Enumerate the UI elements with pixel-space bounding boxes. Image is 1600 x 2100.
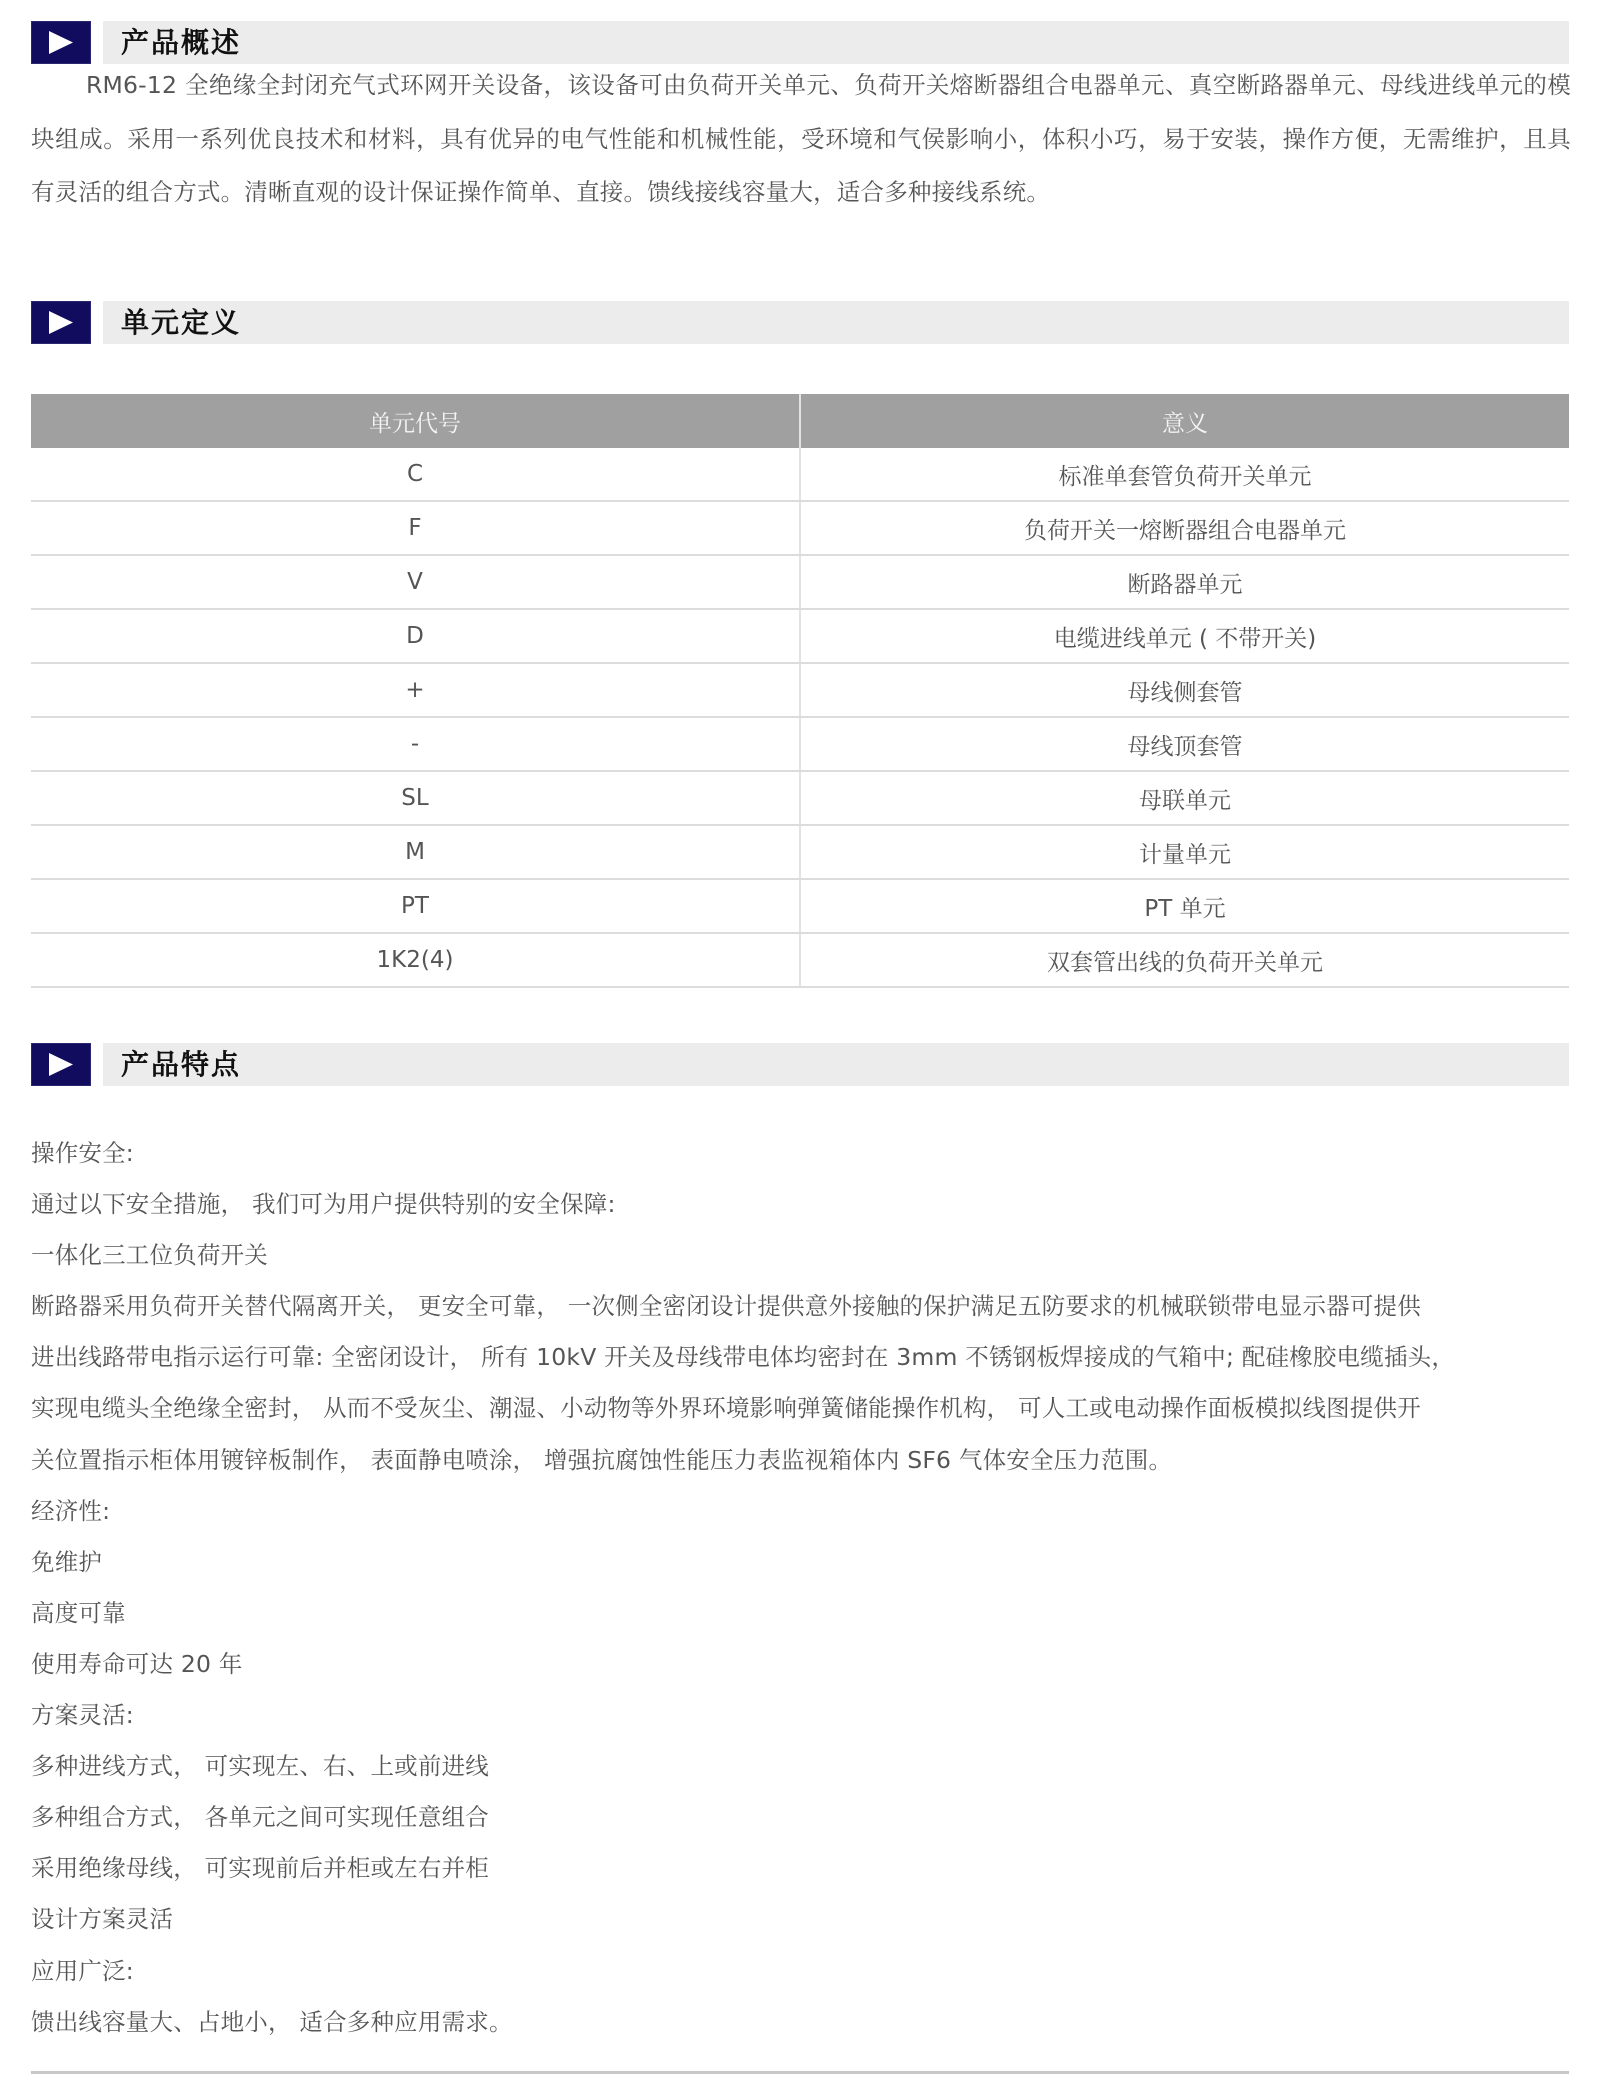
- section-title: 单元定义: [121, 301, 241, 344]
- feature-line: 高度可靠: [31, 1588, 1571, 1639]
- feature-line: 设计方案灵活: [31, 1894, 1571, 1945]
- feature-line: 实现电缆头全绝缘全密封， 从而不受灰尘、潮湿、小动物等外界环境影响弹簧储能操作机…: [31, 1383, 1571, 1434]
- unit-code: -: [31, 717, 800, 771]
- unit-code: F: [31, 501, 800, 555]
- feature-heading: 方案灵活:: [31, 1690, 1571, 1741]
- bottom-divider: [31, 2071, 1569, 2074]
- play-triangle-icon: [31, 1043, 91, 1086]
- table-row: - 母线顶套管: [31, 717, 1569, 771]
- unit-code: PT: [31, 879, 800, 933]
- unit-meaning: 负荷开关一熔断器组合电器单元: [800, 501, 1569, 555]
- unit-meaning: 母线顶套管: [800, 717, 1569, 771]
- feature-line: 进出线路带电指示运行可靠: 全密闭设计， 所有 10kV 开关及母线带电体均密封…: [31, 1332, 1571, 1383]
- unit-meaning: 标准单套管负荷开关单元: [800, 448, 1569, 501]
- feature-line: 一体化三工位负荷开关: [31, 1230, 1571, 1281]
- section-title-bar: 产品概述: [103, 21, 1569, 64]
- section-header-overview: 产品概述: [31, 21, 1569, 64]
- feature-line: 使用寿命可达 20 年: [31, 1639, 1571, 1690]
- column-header-meaning: 意义: [800, 394, 1569, 448]
- unit-code: 1K2(4): [31, 933, 800, 987]
- feature-heading: 应用广泛:: [31, 1946, 1571, 1997]
- unit-meaning: 双套管出线的负荷开关单元: [800, 933, 1569, 987]
- unit-meaning: 断路器单元: [800, 555, 1569, 609]
- feature-line: 关位置指示柜体用镀锌板制作， 表面静电喷涂， 增强抗腐蚀性能压力表监视箱体内 S…: [31, 1435, 1571, 1486]
- feature-line: 免维护: [31, 1537, 1571, 1588]
- column-header-code: 单元代号: [31, 394, 800, 448]
- unit-meaning: 电缆进线单元 ( 不带开关): [800, 609, 1569, 663]
- feature-line: 馈出线容量大、占地小， 适合多种应用需求。: [31, 1997, 1571, 2048]
- unit-code: SL: [31, 771, 800, 825]
- unit-code: +: [31, 663, 800, 717]
- table-row: SL 母联单元: [31, 771, 1569, 825]
- unit-meaning: 母联单元: [800, 771, 1569, 825]
- table-row: F 负荷开关一熔断器组合电器单元: [31, 501, 1569, 555]
- unit-code: M: [31, 825, 800, 879]
- unit-code: C: [31, 448, 800, 501]
- feature-line: 断路器采用负荷开关替代隔离开关， 更安全可靠， 一次侧全密闭设计提供意外接触的保…: [31, 1281, 1571, 1332]
- feature-line: 采用绝缘母线， 可实现前后并柜或左右并柜: [31, 1843, 1571, 1894]
- section-title: 产品概述: [121, 21, 241, 64]
- table-row: 1K2(4) 双套管出线的负荷开关单元: [31, 933, 1569, 987]
- unit-code: V: [31, 555, 800, 609]
- play-triangle-icon: [31, 21, 91, 64]
- feature-line: 通过以下安全措施， 我们可为用户提供特别的安全保障:: [31, 1179, 1571, 1230]
- feature-heading: 操作安全:: [31, 1128, 1571, 1179]
- table-row: D 电缆进线单元 ( 不带开关): [31, 609, 1569, 663]
- unit-definition-table: 单元代号 意义 C 标准单套管负荷开关单元 F 负荷开关一熔断器组合电器单元 V…: [31, 394, 1569, 988]
- table-row: C 标准单套管负荷开关单元: [31, 448, 1569, 501]
- unit-meaning: 母线侧套管: [800, 663, 1569, 717]
- unit-meaning: 计量单元: [800, 825, 1569, 879]
- section-title-bar: 单元定义: [103, 301, 1569, 344]
- play-triangle-icon: [31, 301, 91, 344]
- table-row: M 计量单元: [31, 825, 1569, 879]
- table-row: V 断路器单元: [31, 555, 1569, 609]
- table-row: PT PT 单元: [31, 879, 1569, 933]
- section-header-features: 产品特点: [31, 1043, 1569, 1086]
- section-title: 产品特点: [121, 1043, 241, 1086]
- overview-paragraph: RM6-12 全绝缘全封闭充气式环网开关设备，该设备可由负荷开关单元、负荷开关熔…: [31, 59, 1571, 220]
- table-header-row: 单元代号 意义: [31, 394, 1569, 448]
- unit-code: D: [31, 609, 800, 663]
- feature-line: 多种组合方式， 各单元之间可实现任意组合: [31, 1792, 1571, 1843]
- feature-line: 多种进线方式， 可实现左、右、上或前进线: [31, 1741, 1571, 1792]
- section-title-bar: 产品特点: [103, 1043, 1569, 1086]
- section-header-units: 单元定义: [31, 301, 1569, 344]
- features-list: 操作安全: 通过以下安全措施， 我们可为用户提供特别的安全保障: 一体化三工位负…: [31, 1128, 1571, 2048]
- feature-heading: 经济性:: [31, 1486, 1571, 1537]
- unit-meaning: PT 单元: [800, 879, 1569, 933]
- table-row: + 母线侧套管: [31, 663, 1569, 717]
